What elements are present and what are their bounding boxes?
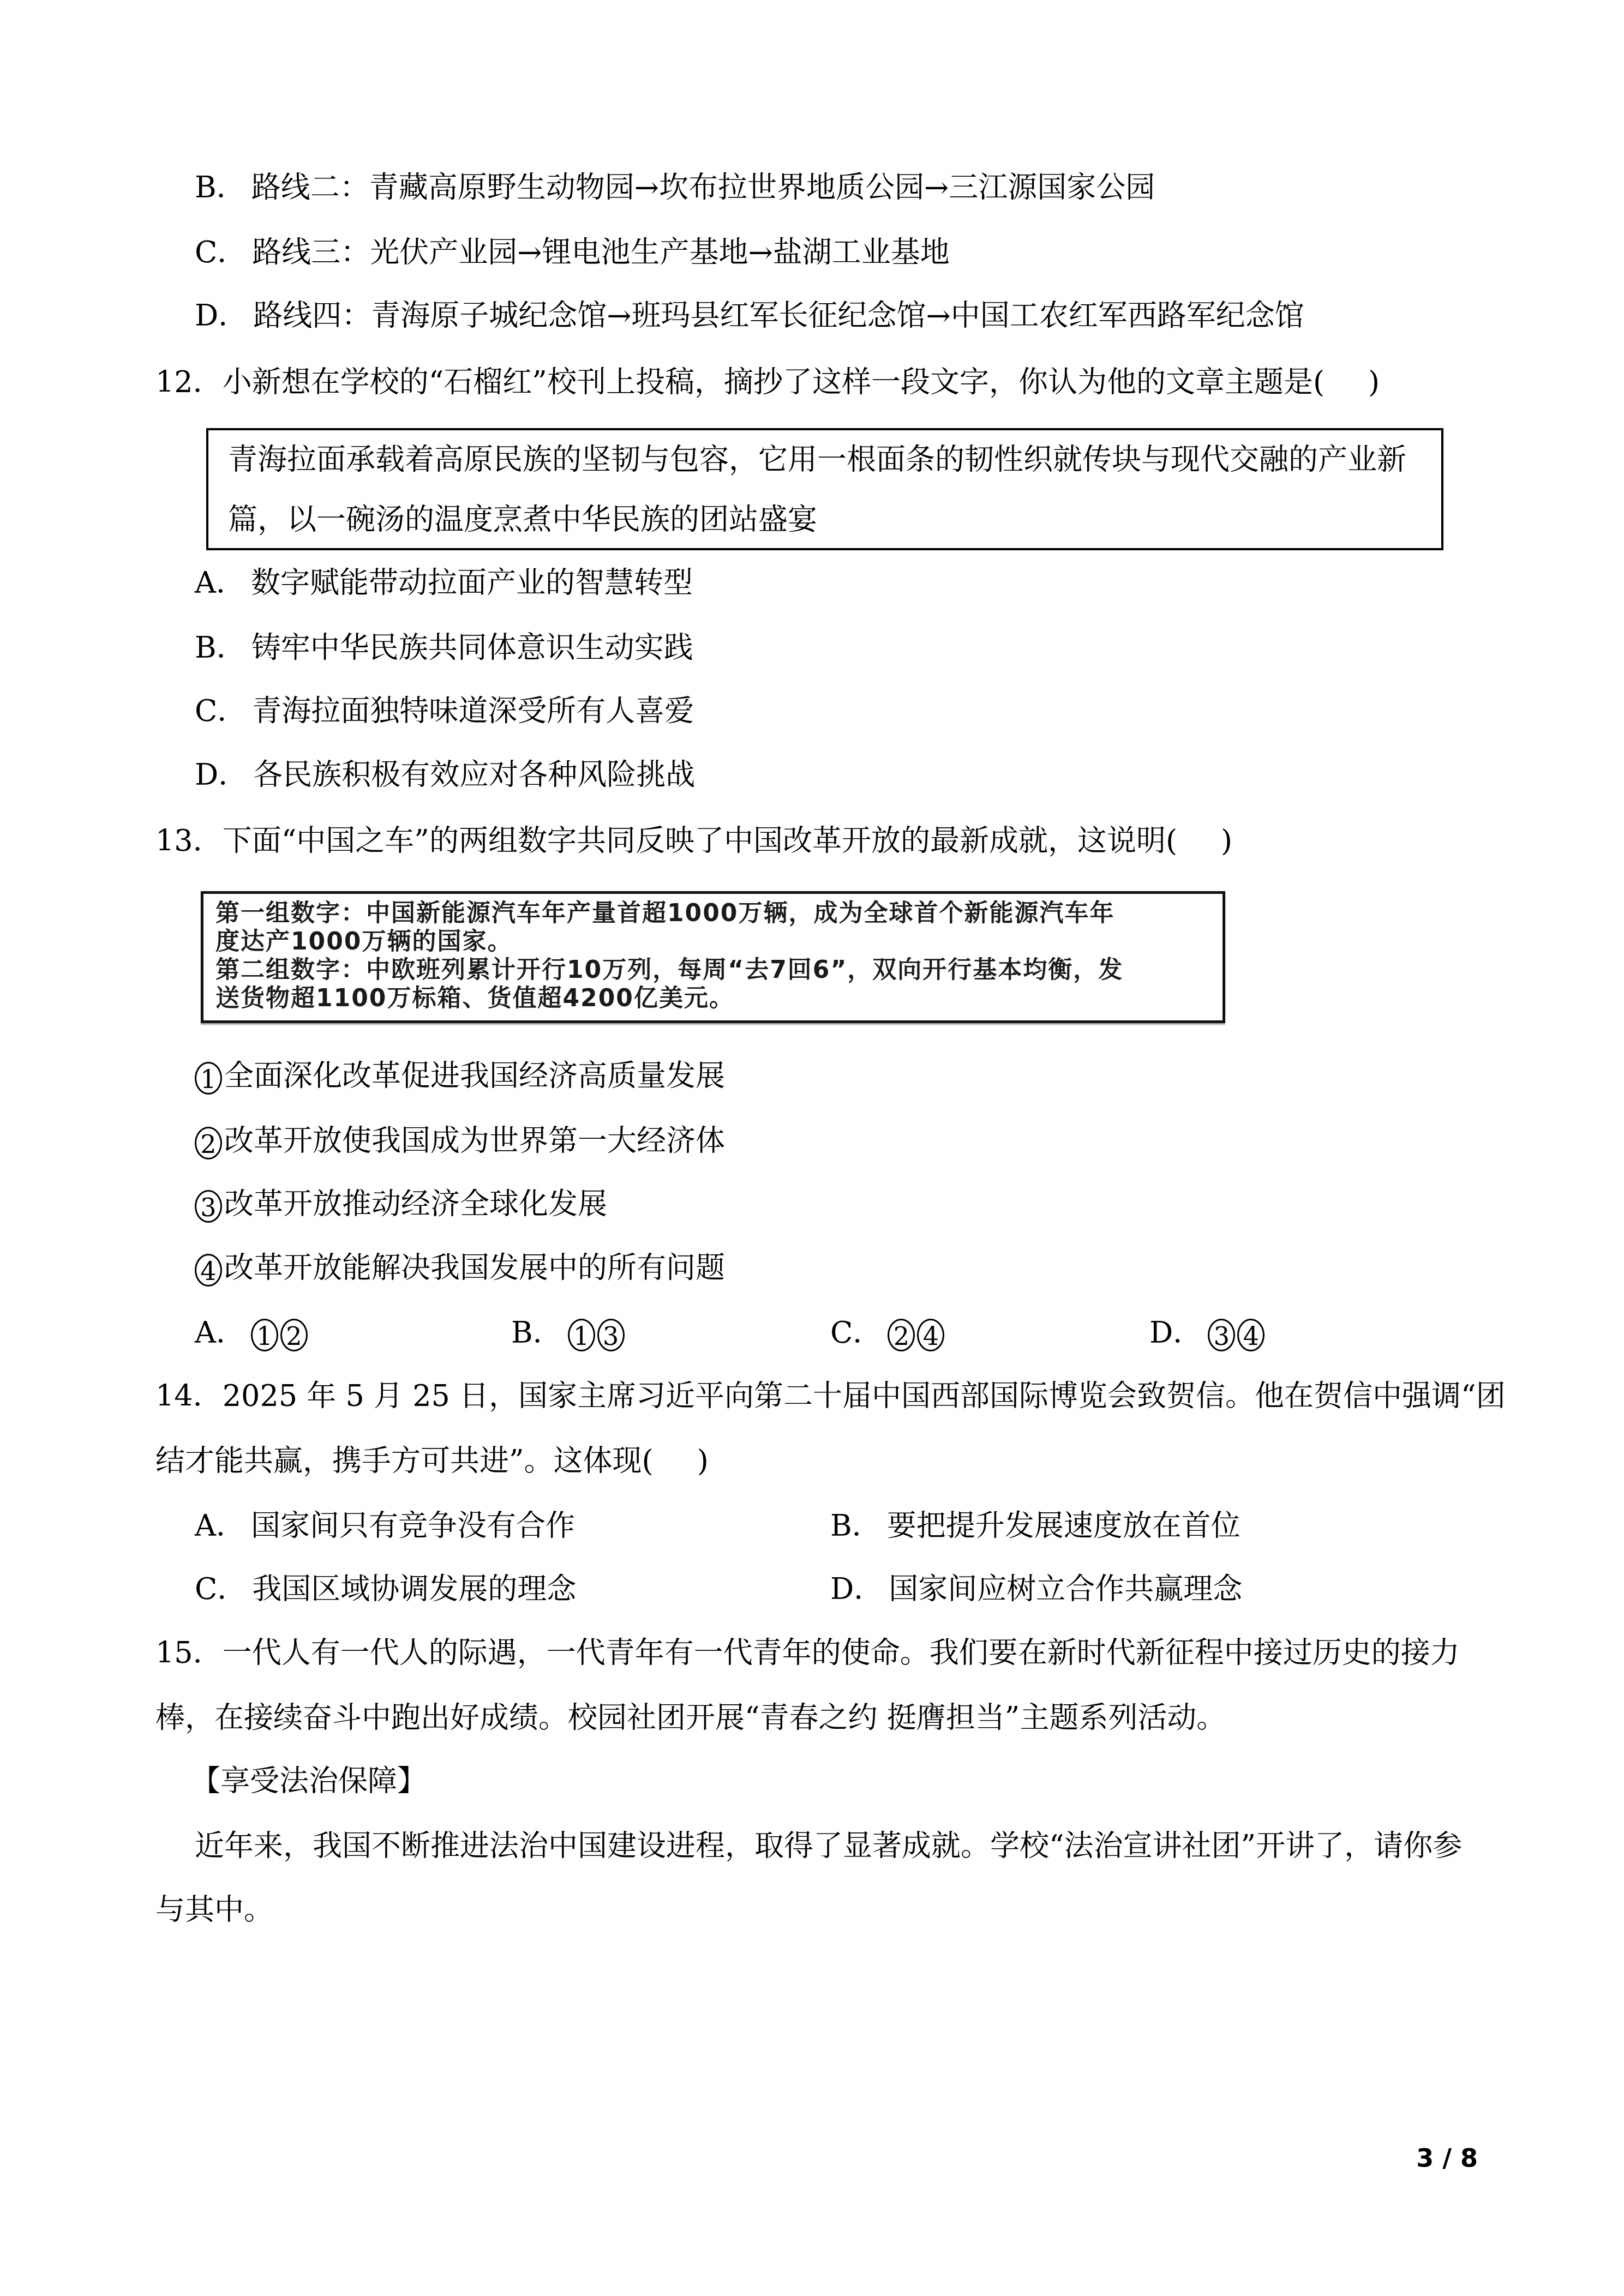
q13-statement-3: 3改革开放推动经济全球化发展 (195, 1187, 607, 1223)
circled-number: 1 (251, 1319, 278, 1351)
option-text: 各民族积极有效应对各种风险挑战 (253, 758, 695, 792)
question-stem: 2025 年 5 月 25 日，国家主席习近平向第二十届中国西部国际博览会致贺信… (223, 1379, 1506, 1413)
q15-paragraph-line2: 与其中。 (155, 1892, 273, 1927)
circled-number: 3 (597, 1319, 625, 1351)
circled-number: 2 (280, 1319, 308, 1351)
image-text-line: 第二组数字：中欧班列累计开行10万列，每周“去7回6”，双向开行基本均衡，发 (215, 956, 1123, 984)
q14-stem-line2: 结才能共赢，携手方可共进”。这体现() (155, 1444, 709, 1478)
option-text: 要把提升发展速度放在首位 (887, 1508, 1241, 1543)
q12-option-b[interactable]: B．铸牢中华民族共同体意识生动实践 (195, 630, 693, 665)
answer-paren: ) (1368, 365, 1380, 399)
question-stem: 结才能共赢，携手方可共进”。这体现( (155, 1444, 654, 1478)
statement-text: 改革开放使我国成为世界第一大经济体 (224, 1123, 725, 1158)
option-text: 铸牢中华民族共同体意识生动实践 (251, 630, 693, 665)
circled-number: 4 (917, 1319, 944, 1351)
circled-number: 2 (888, 1319, 915, 1351)
circled-number: 1 (568, 1319, 595, 1351)
option-label: D． (195, 298, 248, 333)
q15-stem-line2: 棒，在接续奋斗中跑出好成绩。校园社团开展“青春之约 挺膺担当”主题系列活动。 (155, 1700, 1226, 1735)
q15-paragraph-line1: 近年来，我国不断推进法治中国建设进程，取得了显著成就。学校“法治宣讲社团”开讲了… (195, 1829, 1462, 1864)
q12-stem: 12．小新想在学校的“石榴红”校刊上投稿，摘抄了这样一段文字，你认为他的文章主题… (155, 365, 1380, 400)
image-text-line: 第一组数字：中国新能源汽车年产量首超1000万辆，成为全球首个新能源汽车年 (215, 899, 1114, 928)
circled-number: 4 (195, 1254, 222, 1287)
option-text: 国家间应树立合作共赢理念 (889, 1572, 1242, 1606)
option-label: C． (830, 1315, 882, 1350)
q13-option-b[interactable]: B．13 (511, 1315, 627, 1351)
q13-option-d[interactable]: D．34 (1149, 1315, 1267, 1351)
q13-data-image: 第一组数字：中国新能源汽车年产量首超1000万辆，成为全球首个新能源汽车年 度达… (201, 891, 1225, 1023)
option-label: A． (195, 1315, 245, 1350)
q12-option-d[interactable]: D．各民族积极有效应对各种风险挑战 (195, 758, 695, 792)
circled-number: 2 (195, 1127, 222, 1159)
option-label: B． (195, 170, 246, 205)
option-text: 青海拉面独特味道深受所有人喜爱 (252, 694, 694, 728)
quote-line: 篇，以一碗汤的温度烹煮中华民族的团站盛宴 (228, 502, 817, 537)
q11-option-c: C．路线三：光伏产业园→锂电池生产基地→盐湖工业基地 (195, 235, 950, 270)
q13-stem: 13．下面“中国之车”的两组数字共同反映了中国改革开放的最新成就，这说明() (155, 824, 1232, 858)
q14-option-c[interactable]: C．我国区域协调发展的理念 (195, 1572, 576, 1607)
question-stem: 小新想在学校的“石榴红”校刊上投稿，摘抄了这样一段文字，你认为他的文章主题是( (223, 365, 1325, 399)
option-label: D． (195, 758, 248, 792)
option-label: A． (195, 1508, 245, 1543)
q13-statement-4: 4改革开放能解决我国发展中的所有问题 (195, 1251, 725, 1287)
option-label: B． (511, 1315, 562, 1350)
question-number: 14． (155, 1379, 223, 1413)
quote-line: 青海拉面承载着高原民族的坚韧与包容，它用一根面条的韧性织就传块与现代交融的产业新 (228, 442, 1406, 477)
statement-text: 全面深化改革促进我国经济高质量发展 (224, 1059, 725, 1093)
circled-number: 1 (195, 1062, 222, 1095)
option-label: C． (195, 235, 247, 270)
q12-option-c[interactable]: C．青海拉面独特味道深受所有人喜爱 (195, 694, 694, 729)
q13-option-a[interactable]: A．12 (195, 1315, 310, 1351)
circled-number: 3 (1208, 1319, 1235, 1351)
option-text: 路线二：青藏高原野生动物园→坎布拉世界地质公园→三江源国家公园 (251, 170, 1155, 205)
question-number: 15． (155, 1636, 223, 1670)
option-label: D． (830, 1572, 883, 1607)
option-label: B． (830, 1508, 882, 1543)
q14-option-a[interactable]: A．国家间只有竞争没有合作 (195, 1508, 575, 1543)
image-text-line: 度达产1000万辆的国家。 (215, 928, 512, 956)
q13-statement-2: 2改革开放使我国成为世界第一大经济体 (195, 1123, 725, 1159)
option-text: 我国区域协调发展的理念 (252, 1572, 576, 1606)
q13-option-c[interactable]: C．24 (830, 1315, 946, 1351)
q15-stem-line1: 15．一代人有一代人的际遇，一代青年有一代青年的使命。我们要在新时代新征程中接过… (155, 1636, 1460, 1670)
q14-option-b[interactable]: B．要把提升发展速度放在首位 (830, 1508, 1241, 1543)
option-text: 数字赋能带动拉面产业的智慧转型 (251, 566, 693, 600)
question-number: 12． (155, 365, 223, 399)
q11-option-b: B．路线二：青藏高原野生动物园→坎布拉世界地质公园→三江源国家公园 (195, 170, 1155, 205)
option-label: C． (195, 694, 247, 729)
option-text: 路线四：青海原子城纪念馆→班玛县红军长征纪念馆→中国工农红军西路军纪念馆 (253, 298, 1304, 333)
question-stem: 一代人有一代人的际遇，一代青年有一代青年的使命。我们要在新时代新征程中接过历史的… (223, 1636, 1460, 1670)
answer-paren: ) (1221, 824, 1232, 858)
option-label: B． (195, 630, 246, 665)
q12-option-a[interactable]: A．数字赋能带动拉面产业的智慧转型 (195, 566, 693, 600)
option-label: D． (1149, 1315, 1202, 1350)
question-number: 13． (155, 824, 223, 858)
option-text: 路线三：光伏产业园→锂电池生产基地→盐湖工业基地 (252, 235, 950, 269)
statement-text: 改革开放推动经济全球化发展 (224, 1187, 607, 1221)
q14-stem-line1: 14．2025 年 5 月 25 日，国家主席习近平向第二十届中国西部国际博览会… (155, 1379, 1506, 1414)
q12-quote-box: 青海拉面承载着高原民族的坚韧与包容，它用一根面条的韧性织就传块与现代交融的产业新… (206, 428, 1443, 550)
question-stem: 下面“中国之车”的两组数字共同反映了中国改革开放的最新成就，这说明( (223, 824, 1177, 858)
option-text: 国家间只有竞争没有合作 (251, 1508, 575, 1543)
q14-option-d[interactable]: D．国家间应树立合作共赢理念 (830, 1572, 1242, 1607)
option-label: C． (195, 1572, 247, 1607)
option-label: A． (195, 566, 245, 600)
q13-statement-1: 1全面深化改革促进我国经济高质量发展 (195, 1059, 725, 1095)
statement-text: 改革开放能解决我国发展中的所有问题 (224, 1251, 725, 1285)
q15-section-title: 【享受法治保障】 (191, 1764, 427, 1799)
circled-number: 3 (195, 1190, 222, 1223)
image-text-line: 送货物超1100万标箱、货值超4200亿美元。 (215, 984, 734, 1013)
q11-option-d: D．路线四：青海原子城纪念馆→班玛县红军长征纪念馆→中国工农红军西路军纪念馆 (195, 298, 1304, 333)
circled-number: 4 (1237, 1319, 1265, 1351)
page-indicator: 3 / 8 (1416, 2143, 1478, 2173)
answer-paren: ) (697, 1444, 709, 1478)
